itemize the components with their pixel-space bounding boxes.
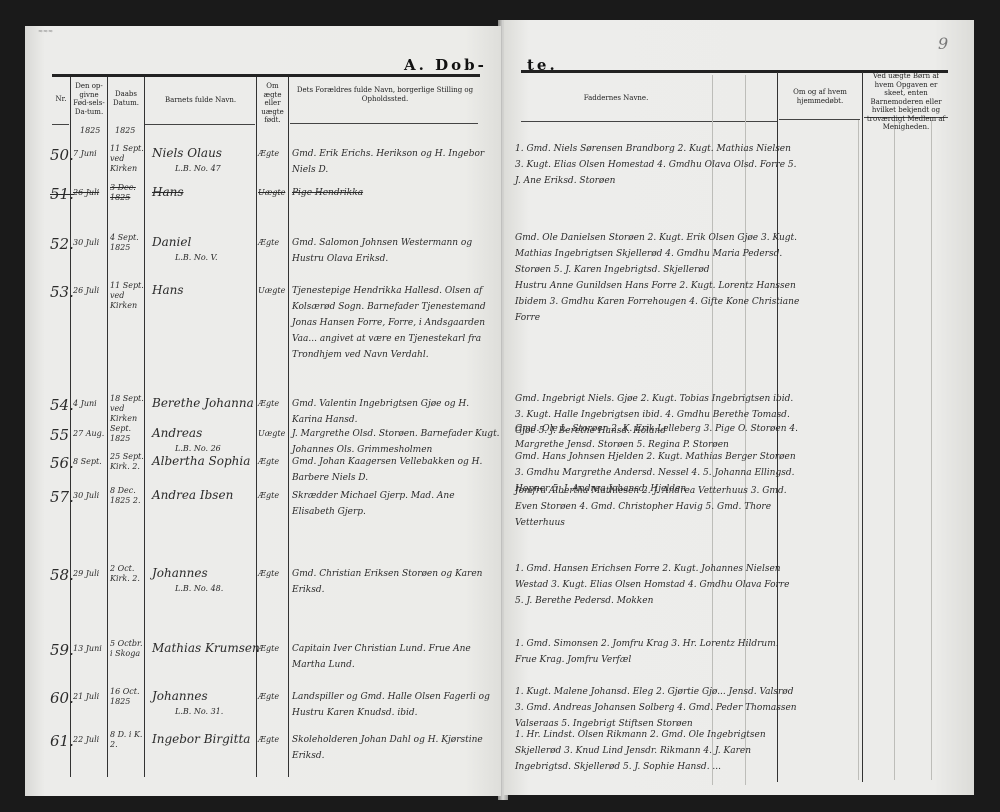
child-name: Andreas [152,426,202,440]
archive-stamp: ≈≈≈ [38,28,53,35]
child-name: Andrea Ibsen [152,488,233,502]
baptism-date: 11 Sept. ved Kirken [110,144,144,174]
entry-number: 50. [50,146,74,164]
parents-text: Gmd. Erik Erichs. Herikson og H. Ingebor… [292,146,500,178]
entry-number: 52. [50,235,74,253]
baptism-date: 11 Sept. ved Kirken [110,281,144,311]
column-divider [107,77,108,777]
birth-date: 7 Juni [73,149,97,159]
baptism-date: 3 Dec. 1825 [110,183,144,203]
parents-text: Skoleholderen Johan Dahl og H. Kjørstine… [292,732,500,764]
child-name: Daniel [152,235,191,249]
sponsors-text: Gmd. Ole Danielsen Storøen 2. Kugt. Erik… [515,230,800,278]
legitimacy: Uægte [258,286,285,296]
entry-number: 55 [50,426,69,444]
column-divider [70,77,71,777]
church-book-note: L.B. No. 26 [175,444,221,454]
sponsors-text: 1. Gmd. Hansen Erichsen Forre 2. Kugt. J… [515,561,800,609]
entry-number: 54. [50,396,74,414]
faint-column-line [894,120,895,780]
baptism-date: 8 Dec. 1825 2. [110,486,144,506]
sponsors-text: Jomfru Albertha Mathiesen 2. J. Andrea V… [515,483,800,531]
column-divider [288,77,289,777]
header-bottom-rule-parents [290,123,478,124]
legitimacy: Uægte [258,429,285,439]
child-name: Hans [152,185,184,199]
church-book-note: L.B. No. 31. [175,707,223,717]
child-name: Albertha Sophia [152,454,250,468]
church-book-note: L.B. No. 48. [175,584,223,594]
legitimacy: Ægte [258,399,279,409]
column-divider [256,77,257,777]
header-bottom-rule-home [779,119,860,120]
child-name: Hans [152,283,184,297]
sponsors-text: Hustru Anne Gunildsen Hans Forre 2. Kugt… [515,278,800,326]
birth-date: 26 Juli [73,188,99,198]
sponsors-text: 1. Gmd. Simonsen 2. Jomfru Krag 3. Hr. L… [515,636,800,668]
parents-text: Gmd. Valentin Ingebrigtsen Gjøe og H. Ka… [292,396,500,428]
baptism-date: 4 Sept. 1825 [110,233,144,253]
legitimacy: Ægte [258,238,279,248]
baptism-date: Sept. 1825 [110,424,144,444]
entry-number: 57. [50,488,74,506]
parents-text: Pige Hendrikka [292,185,500,201]
header-sponsors: Faddernes Navne. [521,94,711,103]
parents-text: Capitain Iver Christian Lund. Frue Ane M… [292,641,500,673]
entry-number: 59. [50,641,74,659]
child-name: Ingebor Birgitta [152,732,250,746]
header-parents: Dets Forældres fulde Navn, borgerlige St… [295,86,475,103]
header-nr: Nr. [52,95,70,104]
baptism-date: 8 D. i K. 2. [110,730,144,750]
sponsors-text: 1. Gmd. Niels Sørensen Brandborg 2. Kugt… [515,141,800,189]
birth-date: 8 Sept. [73,457,102,467]
header-child-name: Barnets fulde Navn. [145,96,256,105]
legitimacy: Ægte [258,644,279,654]
child-name: Johannes [152,689,208,703]
birth-date: 4 Juni [73,399,97,409]
baptism-date: 5 Octbr. i Skoga [110,639,144,659]
child-name: Johannes [152,566,208,580]
birth-date: 30 Juli [73,491,99,501]
birth-date: 21 Juli [73,692,99,702]
column-divider [862,72,863,782]
sponsors-text: 1. Kugt. Malene Johansd. Eleg 2. Gjørtie… [515,684,800,732]
register-title-left: A. Dob- [404,56,487,74]
header-bottom-rule-name [145,124,255,125]
parents-text: Gmd. Salomon Johnsen Westermann og Hustr… [292,235,500,267]
legitimacy: Ægte [258,735,279,745]
birth-date: 30 Juli [73,238,99,248]
entry-number: 51. [50,185,74,203]
sponsors-text: 1. Hr. Lindst. Olsen Rikmann 2. Gmd. Ole… [515,727,800,775]
legitimacy: Uægte [258,188,285,198]
entry-number: 60. [50,689,74,707]
birth-date: 29 Juli [73,569,99,579]
parents-text: Gmd. Johan Kaagersen Vellebakken og H. B… [292,454,500,486]
header-baptism-date: Daabs Datum. [108,90,144,107]
header-home-baptism: Om og af hvem hjemmedøbt. [779,88,861,105]
header-notes: Ved uægte Børn af hvem Opgaven er skeet,… [864,72,948,132]
entry-number: 56. [50,454,74,472]
header-birth-date: Den op-givne Fød-sels-Da-tum. [71,82,107,116]
baptism-date: 16 Oct. 1825 [110,687,144,707]
header-legitimacy: Om ægte eller uægte født. [257,82,288,125]
parents-text: Gmd. Christian Eriksen Storøen og Karen … [292,566,500,598]
parents-text: Landspiller og Gmd. Halle Olsen Fagerli … [292,689,500,721]
entry-number: 53. [50,283,74,301]
header-top-rule-left [52,74,480,77]
page-number: 9 [938,34,948,53]
faint-column-line [858,120,859,780]
legitimacy: Ægte [258,457,279,467]
header-bottom-rule-nr [52,124,69,125]
legitimacy: Ægte [258,569,279,579]
baptism-date: 18 Sept. ved Kirken [110,394,144,424]
legitimacy: Ægte [258,149,279,159]
parents-text: Skrædder Michael Gjerp. Mad. Ane Elisabe… [292,488,500,520]
child-name: Niels Olaus [152,146,222,160]
birth-date: 27 Aug. [73,429,104,439]
baptism-date: 2 Oct. Kirk. 2. [110,564,144,584]
baptism-date: 25 Sept. Kirk. 2. [110,452,144,472]
church-book-note: L.B. No. 47 [175,164,221,174]
legitimacy: Ægte [258,692,279,702]
parents-text: Tjenestepige Hendrikka Hallesd. Olsen af… [292,283,500,363]
child-name: Mathias Krumsen [152,641,260,655]
child-name: Berethe Johanna [152,396,254,410]
birth-date: 13 Juni [73,644,102,654]
entry-number: 58. [50,566,74,584]
birth-year: 1825 [80,126,100,136]
church-book-note: L.B. No. V. [175,253,218,263]
baptism-year: 1825 [115,126,135,136]
entry-number: 61. [50,732,74,750]
column-divider [144,77,145,777]
birth-date: 26 Juli [73,286,99,296]
faint-column-line [931,120,932,780]
header-bottom-rule-sponsors [521,121,777,122]
birth-date: 22 Juli [73,735,99,745]
legitimacy: Ægte [258,491,279,501]
